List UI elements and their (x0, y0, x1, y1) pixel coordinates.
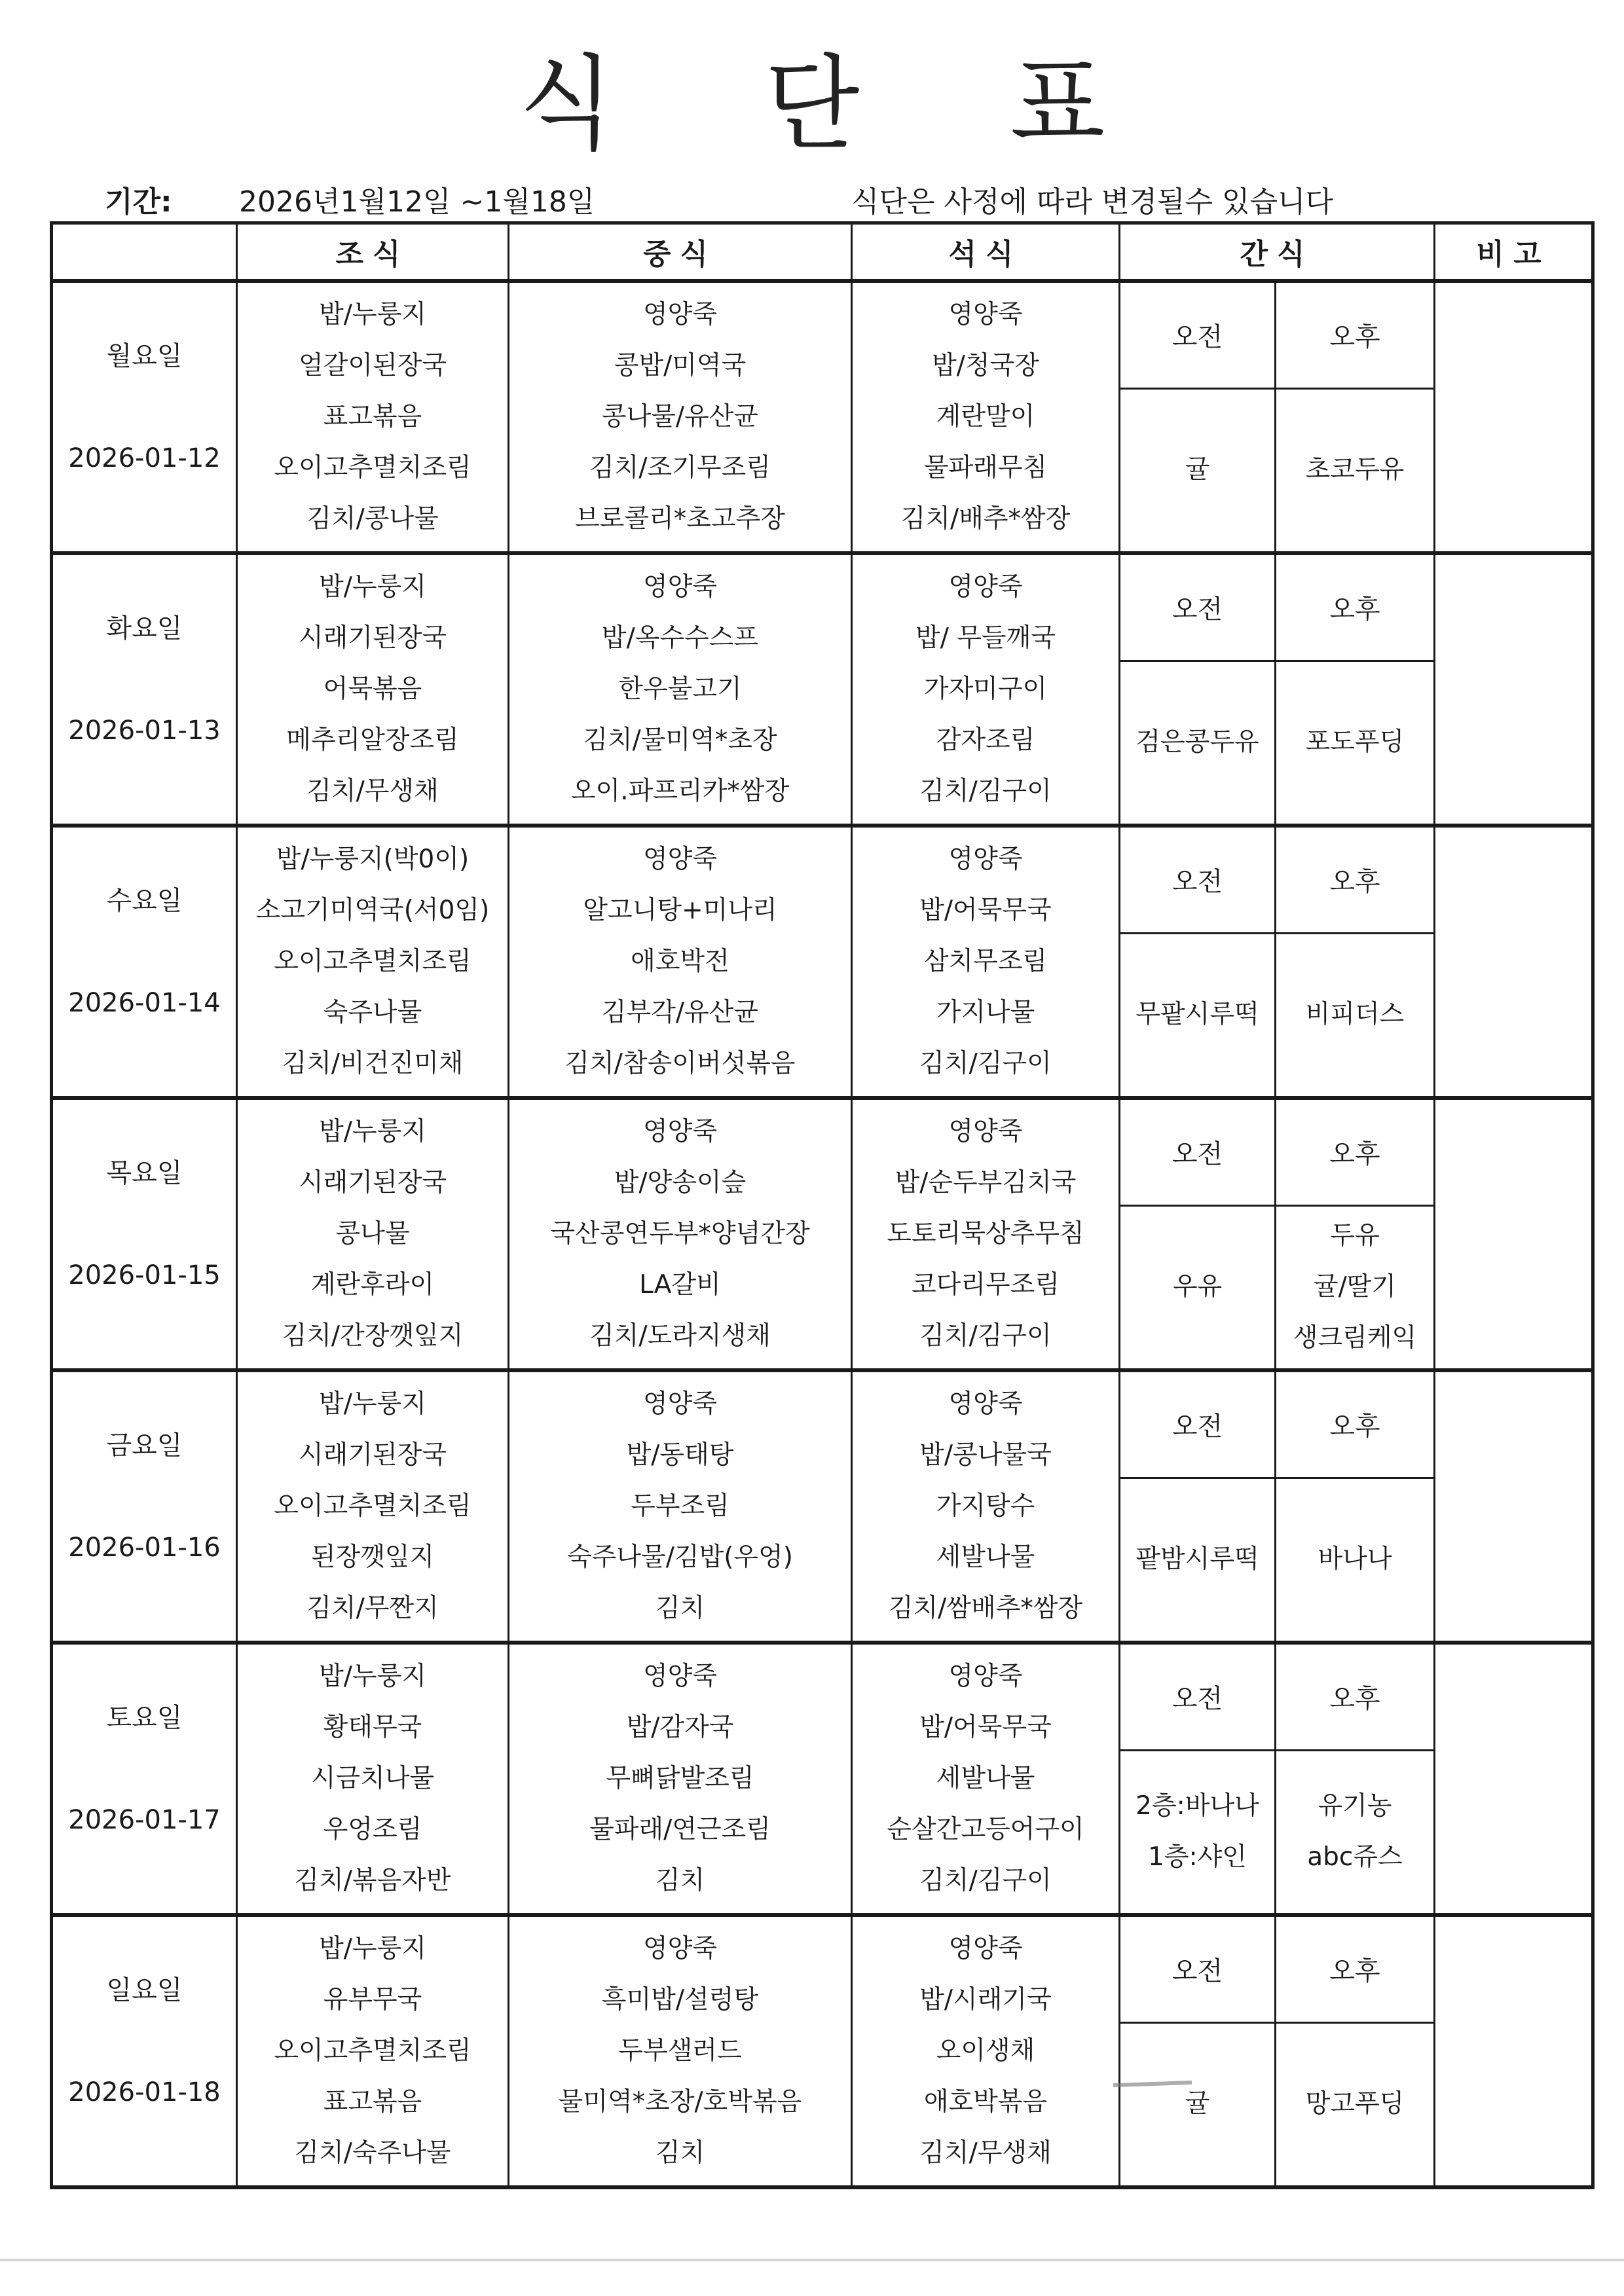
snack-item: abc쥬스 (1276, 1832, 1433, 1883)
remarks-cell (1435, 1915, 1593, 2187)
lunch-cell: 영양죽밥/양송이슾국산콩연두부*양념간장LA갈비김치/도라지생채 (509, 1098, 852, 1370)
menu-item: 김치/숙주나물 (238, 2128, 507, 2179)
menu-item: 김치 (509, 1855, 851, 1906)
menu-item: 영양죽 (853, 289, 1118, 340)
menu-item: 황태무국 (238, 1702, 507, 1753)
menu-item: 밥/어묵무국 (853, 885, 1118, 936)
day-name: 금요일 (53, 1425, 236, 1462)
menu-item: 영양죽 (853, 834, 1118, 885)
menu-item: 콩나물/유산균 (509, 392, 851, 443)
day-row: 금요일 2026-01-16 밥/누룽지시래기된장국오이고추멸치조림된장깻잎지김… (52, 1370, 1593, 1478)
menu-item: 김치/김구이 (853, 766, 1118, 817)
menu-item: 김치/김구이 (853, 1855, 1118, 1906)
snack-pm-cell: 포도푸딩 (1276, 661, 1435, 826)
menu-item: 밥/시래기국 (853, 1975, 1118, 2026)
menu-item: 시래기된장국 (238, 1157, 507, 1209)
snack-item: 우유 (1120, 1262, 1274, 1313)
menu-item: 표고볶음 (238, 392, 507, 443)
menu-item: 영양죽 (853, 1923, 1118, 1975)
breakfast-cell: 밥/누룽지(박0이)소고기미역국(서0임)오이고추멸치조림숙주나물김치/비건진미… (237, 826, 509, 1098)
day-cell: 월요일 2026-01-12 (52, 281, 237, 553)
menu-item: 오이고추멸치조림 (238, 2026, 507, 2077)
day-name: 일요일 (53, 1969, 236, 2007)
snack-pm-cell: 비피더스 (1276, 934, 1435, 1098)
menu-item: 김치/도라지생채 (509, 1311, 851, 1362)
period-value: 2026년1월12일 ~1월18일 (239, 178, 595, 220)
menu-item: 도토리묵상추무침 (853, 1209, 1118, 1260)
menu-item: 된장깻잎지 (238, 1532, 507, 1583)
menu-item: 시래기된장국 (238, 613, 507, 664)
remarks-cell (1435, 1643, 1593, 1915)
menu-item: 계란후라이 (238, 1260, 507, 1311)
menu-item: 김치/배추*쌈장 (853, 494, 1118, 545)
menu-item: 밥/누룽지 (238, 1106, 507, 1157)
snack-am-label: 오전 (1120, 1643, 1276, 1751)
menu-item: 김치/조기무조림 (509, 443, 851, 494)
snack-item: 귤 (1120, 445, 1274, 496)
snack-am-cell: 우유 (1120, 1205, 1276, 1370)
menu-item: 유부무국 (238, 1975, 507, 2026)
menu-item: 영양죽 (853, 1379, 1118, 1430)
snack-am-cell: 2층:바나나1층:샤인 (1120, 1751, 1276, 1915)
menu-item: 가자미구이 (853, 664, 1118, 715)
day-date: 2026-01-18 (53, 2077, 236, 2107)
title-char: 단 (765, 21, 860, 170)
breakfast-cell: 밥/누룽지황태무국시금치나물우엉조림김치/볶음자반 (237, 1643, 509, 1915)
snack-am-label: 오전 (1120, 1098, 1276, 1206)
header-day (52, 223, 237, 281)
snack-pm-cell: 두유귤/딸기생크림케익 (1276, 1205, 1435, 1370)
menu-item: 김치/비건진미채 (238, 1038, 507, 1089)
day-name: 화요일 (53, 608, 236, 645)
snack-pm-label: 오후 (1276, 1370, 1435, 1478)
snack-am-cell: 귤 (1120, 389, 1276, 553)
day-cell: 화요일 2026-01-13 (52, 553, 237, 826)
snack-am-label: 오전 (1120, 1915, 1276, 2023)
day-row: 수요일 2026-01-14 밥/누룽지(박0이)소고기미역국(서0임)오이고추… (52, 826, 1593, 934)
snack-pm-cell: 망고푸딩 (1276, 2023, 1435, 2187)
snack-am-cell: 검은콩두유 (1120, 661, 1276, 826)
day-date: 2026-01-12 (53, 443, 236, 473)
menu-item: 애호박볶음 (853, 2077, 1118, 2128)
snack-am-label: 오전 (1120, 553, 1276, 661)
menu-item: 브로콜리*초고추장 (509, 494, 851, 545)
day-name: 목요일 (53, 1152, 236, 1190)
header-dinner: 석식 (852, 223, 1120, 281)
menu-item: 밥/누룽지 (238, 1923, 507, 1975)
menu-item: 가지탕수 (853, 1481, 1118, 1532)
day-name: 토요일 (53, 1697, 236, 1734)
period-line: 기간: 2026년1월12일 ~1월18일 식단은 사정에 따라 변경될수 있습… (105, 178, 1545, 220)
menu-item: 김치/쌈배추*쌈장 (853, 1583, 1118, 1634)
menu-item: LA갈비 (509, 1260, 851, 1311)
breakfast-cell: 밥/누룽지시래기된장국콩나물계란후라이김치/간장깻잎지 (237, 1098, 509, 1370)
change-notice: 식단은 사정에 따라 변경될수 있습니다 (851, 178, 1333, 220)
snack-pm-label: 오후 (1276, 1643, 1435, 1751)
title-char: 식 (519, 21, 614, 170)
snack-pm-label: 오후 (1276, 1098, 1435, 1206)
snack-item: 망고푸딩 (1276, 2079, 1433, 2130)
snack-am-label: 오전 (1120, 281, 1276, 389)
snack-item: 2층:바나나 (1120, 1781, 1274, 1832)
menu-item: 밥/ 무들깨국 (853, 613, 1118, 664)
menu-item: 영양죽 (509, 834, 851, 885)
menu-item: 얼갈이된장국 (238, 340, 507, 392)
menu-item: 세발나물 (853, 1532, 1118, 1583)
lunch-cell: 영양죽밥/감자국무뼈닭발조림물파래/연근조림김치 (509, 1643, 852, 1915)
menu-item: 오이고추멸치조림 (238, 443, 507, 494)
menu-item: 김치/김구이 (853, 1311, 1118, 1362)
menu-item: 콩밥/미역국 (509, 340, 851, 392)
day-row: 목요일 2026-01-15 밥/누룽지시래기된장국콩나물계란후라이김치/간장깻… (52, 1098, 1593, 1206)
dinner-cell: 영양죽밥/순두부김치국도토리묵상추무침코다리무조림김치/김구이 (852, 1098, 1120, 1370)
menu-item: 밥/양송이슾 (509, 1157, 851, 1209)
snack-item: 두유 (1276, 1211, 1433, 1262)
snack-am-cell: 무팥시루떡 (1120, 934, 1276, 1098)
snack-item: 포도푸딩 (1276, 717, 1433, 768)
day-row: 일요일 2026-01-18 밥/누룽지유부무국오이고추멸치조림표고볶음김치/숙… (52, 1915, 1593, 2023)
menu-item: 영양죽 (509, 289, 851, 340)
menu-item: 밥/어묵무국 (853, 1702, 1118, 1753)
snack-item: 초코두유 (1276, 445, 1433, 496)
menu-item: 영양죽 (509, 1923, 851, 1975)
snack-item: 검은콩두유 (1120, 717, 1274, 768)
menu-item: 밥/옥수수스프 (509, 613, 851, 664)
snack-pm-label: 오후 (1276, 1915, 1435, 2023)
menu-item: 흑미밥/설렁탕 (509, 1975, 851, 2026)
menu-item: 알고니탕+미나리 (509, 885, 851, 936)
menu-item: 영양죽 (509, 562, 851, 613)
day-name: 수요일 (53, 880, 236, 917)
menu-item: 김치/콩나물 (238, 494, 507, 545)
day-date: 2026-01-13 (53, 716, 236, 746)
menu-item: 순살간고등어구이 (853, 1804, 1118, 1855)
lunch-cell: 영양죽콩밥/미역국콩나물/유산균김치/조기무조림브로콜리*초고추장 (509, 281, 852, 553)
menu-item: 표고볶음 (238, 2077, 507, 2128)
menu-item: 영양죽 (853, 562, 1118, 613)
snack-item: 귤 (1120, 2079, 1274, 2130)
menu-item: 무뼈닭발조림 (509, 1753, 851, 1804)
header-lunch: 중식 (509, 223, 852, 281)
menu-item: 밥/누룽지 (238, 1651, 507, 1702)
menu-item: 밥/청국장 (853, 340, 1118, 392)
snack-pm-label: 오후 (1276, 826, 1435, 934)
menu-item: 애호박전 (509, 936, 851, 987)
menu-item: 김치 (509, 1583, 851, 1634)
menu-item: 시래기된장국 (238, 1430, 507, 1481)
snack-pm-label: 오후 (1276, 281, 1435, 389)
snack-item: 팥밤시루떡 (1120, 1534, 1274, 1585)
page-title: 식 단 표 (0, 39, 1624, 151)
menu-item: 밥/누룽지 (238, 289, 507, 340)
day-date: 2026-01-16 (53, 1533, 236, 1563)
breakfast-cell: 밥/누룽지얼갈이된장국표고볶음오이고추멸치조림김치/콩나물 (237, 281, 509, 553)
lunch-cell: 영양죽밥/옥수수스프한우불고기김치/물미역*초장오이.파프리카*쌈장 (509, 553, 852, 826)
menu-item: 김치/무생채 (853, 2128, 1118, 2179)
day-date: 2026-01-14 (53, 988, 236, 1018)
menu-item: 콩나물 (238, 1209, 507, 1260)
menu-item: 영양죽 (509, 1651, 851, 1702)
day-name: 월요일 (53, 335, 236, 373)
menu-item: 오이생채 (853, 2026, 1118, 2077)
menu-item: 물미역*초장/호박볶음 (509, 2077, 851, 2128)
menu-item: 국산콩연두부*양념간장 (509, 1209, 851, 1260)
menu-item: 시금치나물 (238, 1753, 507, 1804)
snack-am-label: 오전 (1120, 1370, 1276, 1478)
menu-item: 물파래무침 (853, 443, 1118, 494)
menu-item: 영양죽 (853, 1651, 1118, 1702)
header-breakfast: 조식 (237, 223, 509, 281)
menu-item: 우엉조림 (238, 1804, 507, 1855)
menu-item: 밥/동태탕 (509, 1430, 851, 1481)
menu-item: 밥/누룽지 (238, 1379, 507, 1430)
menu-item: 메추리알장조림 (238, 715, 507, 766)
lunch-cell: 영양죽알고니탕+미나리애호박전김부각/유산균김치/참송이버섯볶음 (509, 826, 852, 1098)
snack-pm-cell: 초코두유 (1276, 389, 1435, 553)
scan-edge-line (0, 2259, 1624, 2261)
menu-item: 영양죽 (509, 1106, 851, 1157)
menu-item: 두부조림 (509, 1481, 851, 1532)
menu-item: 밥/누룽지 (238, 562, 507, 613)
menu-item: 어묵볶음 (238, 664, 507, 715)
menu-item: 숙주나물/김밥(우엉) (509, 1532, 851, 1583)
menu-item: 김치/김구이 (853, 1038, 1118, 1089)
menu-item: 김치/참송이버섯볶음 (509, 1038, 851, 1089)
dinner-cell: 영양죽밥/어묵무국삼치무조림가지나물김치/김구이 (852, 826, 1120, 1098)
menu-item: 오이.파프리카*쌈장 (509, 766, 851, 817)
menu-item: 김치/물미역*초장 (509, 715, 851, 766)
menu-item: 감자조림 (853, 715, 1118, 766)
menu-item: 김치/무생채 (238, 766, 507, 817)
menu-item: 김치/간장깻잎지 (238, 1311, 507, 1362)
menu-item: 김치/무짠지 (238, 1583, 507, 1634)
day-date: 2026-01-15 (53, 1260, 236, 1290)
menu-table: 조식 중식 석식 간식 비고 월요일 2026-01-12 밥/누룽지얼갈이된장… (50, 221, 1595, 2189)
header-row: 조식 중식 석식 간식 비고 (52, 223, 1593, 281)
remarks-cell (1435, 281, 1593, 553)
menu-item: 가지나물 (853, 987, 1118, 1038)
day-row: 화요일 2026-01-13 밥/누룽지시래기된장국어묵볶음메추리알장조림김치/… (52, 553, 1593, 661)
menu-item: 오이고추멸치조림 (238, 936, 507, 987)
menu-item: 밥/감자국 (509, 1702, 851, 1753)
dinner-cell: 영양죽밥/청국장계란말이물파래무침김치/배추*쌈장 (852, 281, 1120, 553)
menu-item: 김치/볶음자반 (238, 1855, 507, 1906)
menu-item: 밥/콩나물국 (853, 1430, 1118, 1481)
breakfast-cell: 밥/누룽지시래기된장국어묵볶음메추리알장조림김치/무생채 (237, 553, 509, 826)
snack-item: 생크림케익 (1276, 1313, 1433, 1364)
snack-item: 귤/딸기 (1276, 1262, 1433, 1313)
snack-item: 바나나 (1276, 1534, 1433, 1585)
snack-am-cell: 팥밤시루떡 (1120, 1478, 1276, 1643)
menu-item: 세발나물 (853, 1753, 1118, 1804)
snack-am-label: 오전 (1120, 826, 1276, 934)
menu-item: 삼치무조림 (853, 936, 1118, 987)
menu-item: 물파래/연근조림 (509, 1804, 851, 1855)
remarks-cell (1435, 553, 1593, 826)
day-date: 2026-01-17 (53, 1805, 236, 1835)
header-remarks: 비고 (1435, 223, 1593, 281)
day-cell: 수요일 2026-01-14 (52, 826, 237, 1098)
menu-item: 밥/누룽지(박0이) (238, 834, 507, 885)
snack-pm-cell: 유기농abc쥬스 (1276, 1751, 1435, 1915)
snack-pm-cell: 바나나 (1276, 1478, 1435, 1643)
snack-item: 유기농 (1276, 1781, 1433, 1832)
snack-item: 비피더스 (1276, 989, 1433, 1040)
menu-item: 소고기미역국(서0임) (238, 885, 507, 936)
menu-body: 월요일 2026-01-12 밥/누룽지얼갈이된장국표고볶음오이고추멸치조림김치… (52, 281, 1593, 2187)
title-char: 표 (1010, 21, 1105, 170)
remarks-cell (1435, 1098, 1593, 1370)
menu-item: 밥/순두부김치국 (853, 1157, 1118, 1209)
snack-item: 1층:샤인 (1120, 1832, 1274, 1883)
menu-item: 숙주나물 (238, 987, 507, 1038)
lunch-cell: 영양죽밥/동태탕두부조림숙주나물/김밥(우엉)김치 (509, 1370, 852, 1643)
dinner-cell: 영양죽밥/어묵무국세발나물순살간고등어구이김치/김구이 (852, 1643, 1120, 1915)
day-cell: 일요일 2026-01-18 (52, 1915, 237, 2187)
day-cell: 토요일 2026-01-17 (52, 1643, 237, 1915)
menu-item: 김치 (509, 2128, 851, 2179)
menu-item: 두부샐러드 (509, 2026, 851, 2077)
dinner-cell: 영양죽밥/ 무들깨국가자미구이감자조림김치/김구이 (852, 553, 1120, 826)
menu-item: 한우불고기 (509, 664, 851, 715)
dinner-cell: 영양죽밥/콩나물국가지탕수세발나물김치/쌈배추*쌈장 (852, 1370, 1120, 1643)
snack-pm-label: 오후 (1276, 553, 1435, 661)
header-snack: 간식 (1120, 223, 1435, 281)
day-row: 월요일 2026-01-12 밥/누룽지얼갈이된장국표고볶음오이고추멸치조림김치… (52, 281, 1593, 389)
menu-item: 김부각/유산균 (509, 987, 851, 1038)
breakfast-cell: 밥/누룽지시래기된장국오이고추멸치조림된장깻잎지김치/무짠지 (237, 1370, 509, 1643)
remarks-cell (1435, 1370, 1593, 1643)
day-cell: 금요일 2026-01-16 (52, 1370, 237, 1643)
menu-item: 계란말이 (853, 392, 1118, 443)
remarks-cell (1435, 826, 1593, 1098)
menu-item: 영양죽 (509, 1379, 851, 1430)
day-cell: 목요일 2026-01-15 (52, 1098, 237, 1370)
breakfast-cell: 밥/누룽지유부무국오이고추멸치조림표고볶음김치/숙주나물 (237, 1915, 509, 2187)
lunch-cell: 영양죽흑미밥/설렁탕두부샐러드물미역*초장/호박볶음김치 (509, 1915, 852, 2187)
menu-item: 영양죽 (853, 1106, 1118, 1157)
period-label: 기간: (105, 178, 172, 220)
snack-item: 무팥시루떡 (1120, 989, 1274, 1040)
dinner-cell: 영양죽밥/시래기국오이생채애호박볶음김치/무생채 (852, 1915, 1120, 2187)
snack-am-cell: 귤 (1120, 2023, 1276, 2187)
day-row: 토요일 2026-01-17 밥/누룽지황태무국시금치나물우엉조림김치/볶음자반… (52, 1643, 1593, 1751)
menu-item: 오이고추멸치조림 (238, 1481, 507, 1532)
menu-item: 코다리무조림 (853, 1260, 1118, 1311)
